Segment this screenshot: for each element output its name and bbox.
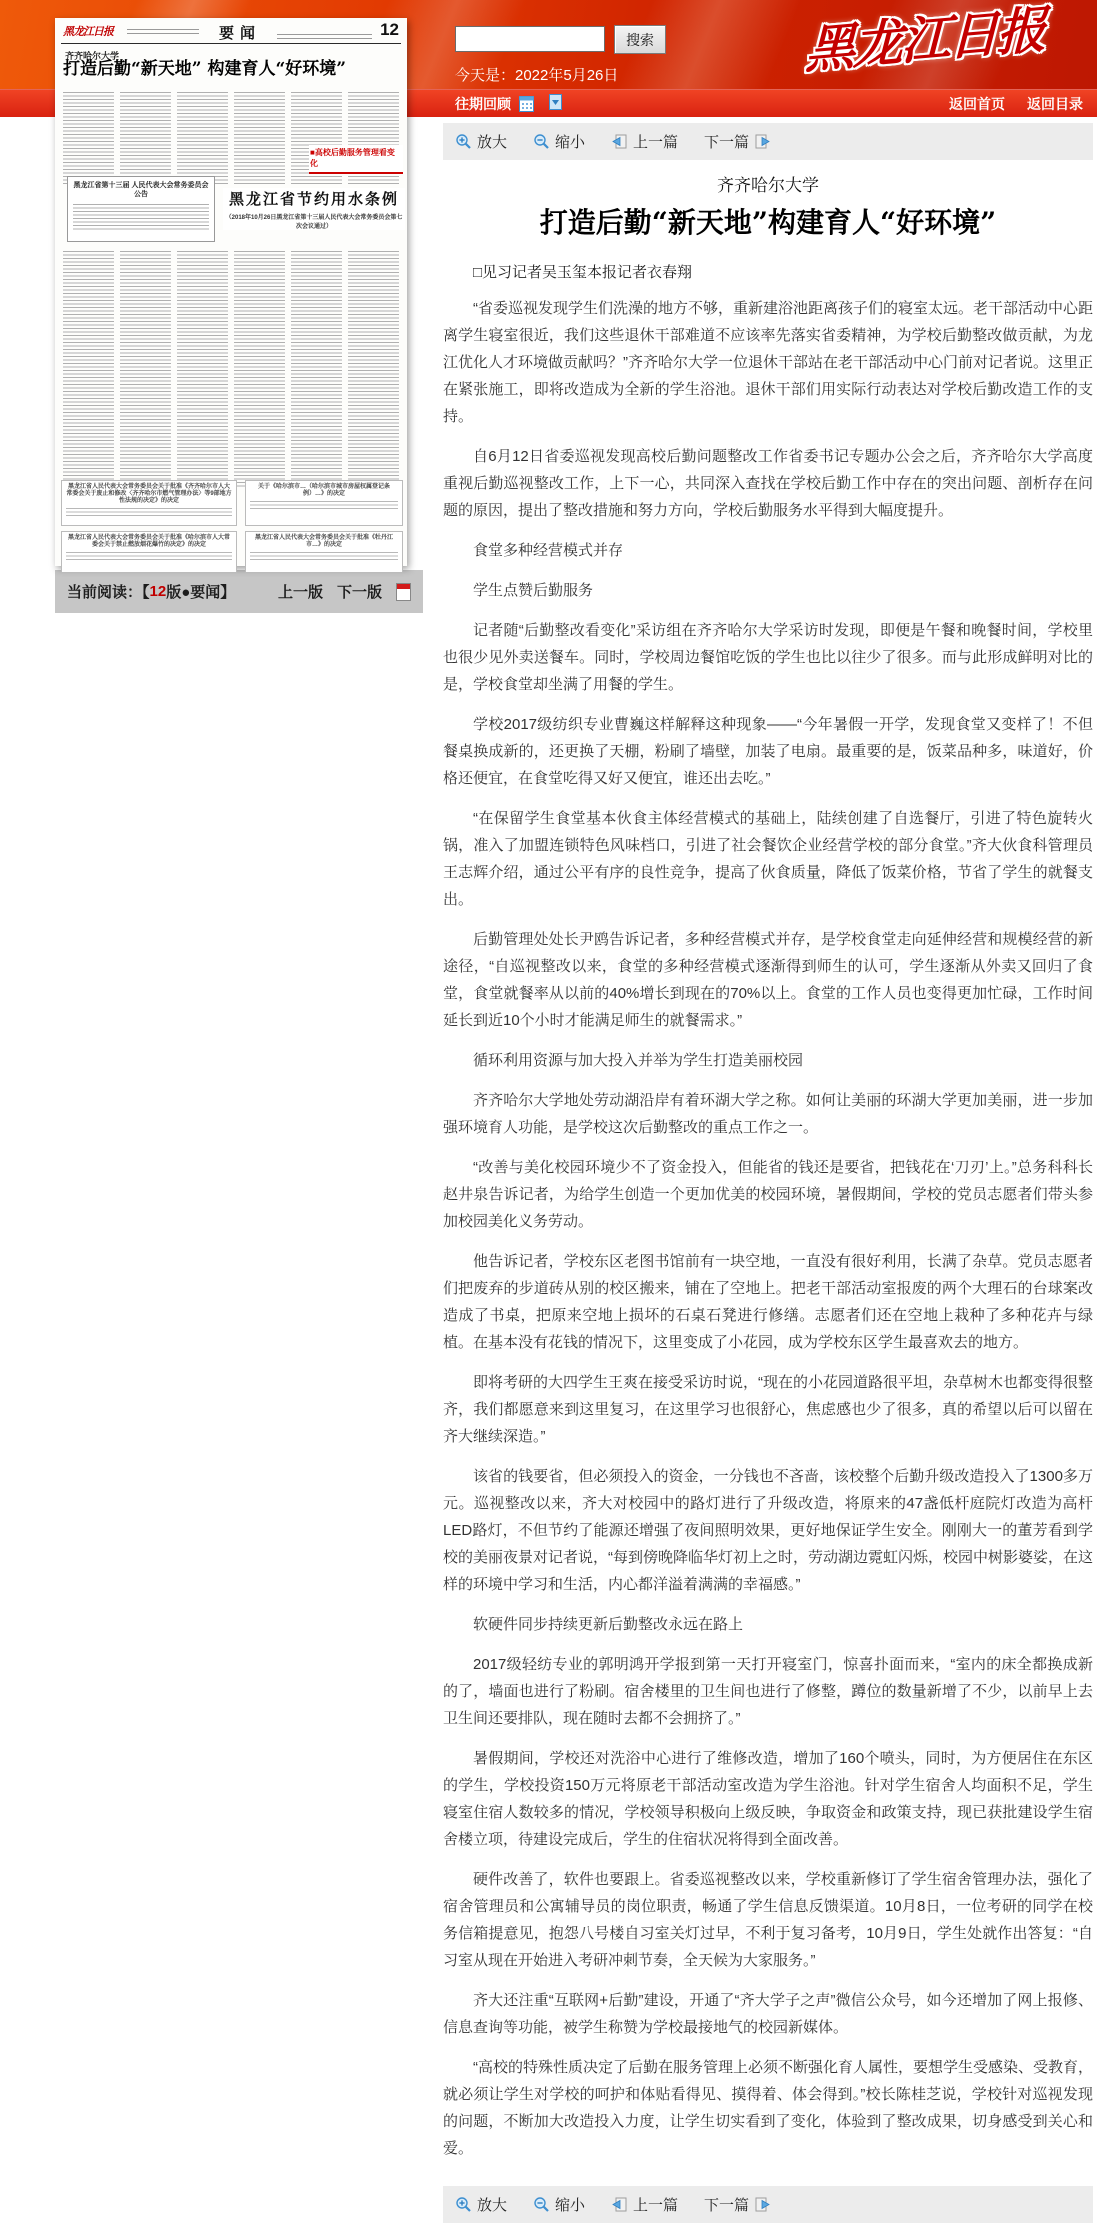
article-paragraph: 后勤管理处处长尹鸥告诉记者，多种经营模式并存，是学校食堂走向延伸经营和规模经营的… xyxy=(443,926,1093,1034)
thumb-page-number: 12 xyxy=(380,20,399,40)
newsprint-line xyxy=(66,508,232,518)
toolbar-label: 上一篇 xyxy=(633,131,678,152)
thumb-notice-box: 黑龙江省第十三届 人民代表大会常务委员会公告 xyxy=(67,176,215,242)
article-paragraph: 该省的钱要省，但必须投入的资金，一分钱也不吝啬，该校整个后勤升级改造投入了130… xyxy=(443,1463,1093,1598)
article-body: “省委巡视发现学生们洗澡的地方不够，重新建浴池距离孩子们的寝室太远。老干部活动中… xyxy=(443,295,1093,2162)
newsprint-column xyxy=(177,251,228,489)
article-column: 放大缩小上一篇下一篇 齐齐哈尔大学 打造后勤“新天地”构建育人“好环境” □见习… xyxy=(443,123,1093,2162)
toolbar-label: 放大 xyxy=(477,2194,507,2215)
newsprint-line xyxy=(66,552,232,562)
chevron-down-icon[interactable] xyxy=(549,93,562,114)
thumb-law-subtitle: （2018年10月26日黑龙江省第十三届人民代表大会常务委员会第七次会议通过） xyxy=(223,212,405,230)
article-paragraph: 自6月12日省委巡视发现高校后勤问题整改工作省委书记专题办公会之后，齐齐哈尔大学… xyxy=(443,443,1093,524)
toolbar-label: 下一篇 xyxy=(704,131,749,152)
thumb-decision-box: 黑龙江省人民代表大会常务委员会关于批准《牡丹江市…》的决定 xyxy=(245,531,403,573)
toolbar-label: 上一篇 xyxy=(633,2194,678,2215)
thumb-masthead-row: 黑龙江日报 要闻 12 xyxy=(61,22,401,44)
calendar-icon[interactable] xyxy=(519,95,541,113)
newsprint-line xyxy=(127,29,199,37)
article-paragraph: 他告诉记者，学校东区老图书馆前有一块空地，一直没有很好利用，长满了杂草。党员志愿… xyxy=(443,1248,1093,1356)
search-button[interactable]: 搜索 xyxy=(614,25,666,54)
page: 搜索 今天是：2022年5月26日 黑龙江日报 往期回顾 xyxy=(0,0,1097,2227)
newsprint-line xyxy=(73,204,209,230)
back-home-link[interactable]: 返回首页 xyxy=(949,94,1005,114)
toolbar-zoom-out-button[interactable]: 缩小 xyxy=(533,2194,585,2215)
article-paragraph: 硬件改善了，软件也要跟上。省委巡视整改以来，学校重新修订了学生宿舍管理办法，强化… xyxy=(443,1866,1093,1974)
current-section-label: 版●要闻】 xyxy=(166,581,235,602)
article-paragraph: 暑假期间，学校还对洗浴中心进行了维修改造，增加了160个喷头，同时，为方便居住在… xyxy=(443,1745,1093,1853)
article-kicker: 齐齐哈尔大学 xyxy=(443,171,1093,196)
newsprint-column xyxy=(120,92,171,184)
toolbar-next-button[interactable]: 下一篇 xyxy=(704,131,771,152)
newspaper-logo: 黑龙江日报 xyxy=(795,0,1055,84)
prev-page-button[interactable]: 上一版 xyxy=(278,581,323,602)
article-subhead: 循环利用资源与加大投入并举为学生打造美丽校园 xyxy=(443,1047,1093,1074)
newsprint-line xyxy=(250,552,398,562)
article-toolbar-top: 放大缩小上一篇下一篇 xyxy=(443,123,1093,160)
toolbar-prev-button[interactable]: 上一篇 xyxy=(611,131,678,152)
newspaper-page-thumbnail[interactable]: 黑龙江日报 要闻 12 齐齐哈尔大学 打造后勤“新天地” 构建育人“好环境” ■… xyxy=(55,18,407,566)
newsprint-column xyxy=(234,92,285,184)
article-subhead: 食堂多种经营模式并存 xyxy=(443,537,1093,564)
article-paragraph: “省委巡视发现学生们洗澡的地方不够，重新建浴池距离孩子们的寝室太远。老干部活动中… xyxy=(443,295,1093,430)
article-subhead: 软硬件同步持续更新后勤整改永远在路上 xyxy=(443,1611,1093,1638)
today-date: 今天是：2022年5月26日 xyxy=(455,64,618,85)
thumb-article-headline: 打造后勤“新天地” 构建育人“好环境” xyxy=(63,59,401,79)
pdf-icon[interactable] xyxy=(396,583,411,601)
article-paragraph: 齐大还注重“互联网+后勤”建设，开通了“齐大学子之声”微信公众号，如今还增加了网… xyxy=(443,1987,1093,2041)
article-paragraph: “改善与美化校园环境少不了资金投入，但能省的钱还是要省，把钱花在‘刀刃’上。”总… xyxy=(443,1154,1093,1235)
newsprint-column xyxy=(63,92,114,184)
search-input[interactable] xyxy=(455,26,605,52)
newsprint-line xyxy=(250,501,398,511)
toolbar-zoom-out-button[interactable]: 缩小 xyxy=(533,131,585,152)
current-reading-bar: 当前阅读：【12版●要闻】 上一版 下一版 xyxy=(55,570,423,613)
zoom-out-icon xyxy=(533,2196,550,2213)
toolbar-label: 放大 xyxy=(477,131,507,152)
zoom-in-icon xyxy=(455,2196,472,2213)
toolbar-zoom-in-button[interactable]: 放大 xyxy=(455,131,507,152)
newsprint-column xyxy=(348,251,399,489)
next-article-icon xyxy=(754,2196,771,2213)
current-reading-label: 当前阅读：【 xyxy=(67,581,150,602)
toolbar-label: 缩小 xyxy=(555,131,585,152)
thumb-decision-box: 关于《哈尔滨市…（哈尔滨市城市房屋权属登记条例）…》的决定 xyxy=(245,480,403,526)
newsprint-columns xyxy=(63,251,399,489)
article-paragraph: 记者随“后勤整改看变化”采访组在齐齐哈尔大学采访时发现，即便是午餐和晚餐时间，学… xyxy=(443,617,1093,698)
past-issues-label[interactable]: 往期回顾 xyxy=(455,94,511,114)
current-page-number: 12 xyxy=(150,583,167,600)
thumb-law-block: 黑龙江省节约用水条例 （2018年10月26日黑龙江省第十三届人民代表大会常务委… xyxy=(223,188,405,230)
thumb-column-label: ■高校后勤服务管理看变化 xyxy=(309,145,403,174)
toolbar-next-button[interactable]: 下一篇 xyxy=(704,2194,771,2215)
thumb-decision-box: 黑龙江省人民代表大会常务委员会关于批准《齐齐哈尔市人大常委会关于废止和修改〈齐齐… xyxy=(61,480,237,526)
article-paragraph: 学校2017级纺织专业曹巍这样解释这种现象——“今年暑假一开学，发现食堂又变样了… xyxy=(443,711,1093,792)
article-paragraph: 2017级轻纺专业的郭明鸿开学报到第一天打开寝室门，惊喜扑面而来，“室内的床全都… xyxy=(443,1651,1093,1732)
prev-article-icon xyxy=(611,2196,628,2213)
toolbar-label: 缩小 xyxy=(555,2194,585,2215)
article-subhead: 学生点赞后勤服务 xyxy=(443,577,1093,604)
article-paragraph: 齐齐哈尔大学地处劳动湖沿岸有着环湖大学之称。如何让美丽的环湖大学更加美丽，进一步… xyxy=(443,1087,1093,1141)
newsprint-column xyxy=(234,251,285,489)
article-paragraph: 即将考研的大四学生王爽在接受采访时说，“现在的小花园道路很平坦，杂草树木也都变得… xyxy=(443,1369,1093,1450)
article-paragraph: “高校的特殊性质决定了后勤在服务管理上必须不断强化育人属性，要想学生受感染、受教… xyxy=(443,2054,1093,2162)
toolbar-zoom-in-button[interactable]: 放大 xyxy=(455,2194,507,2215)
thumb-section-name: 要闻 xyxy=(219,22,261,43)
next-article-icon xyxy=(754,133,771,150)
thumb-notice-title: 黑龙江省第十三届 人民代表大会常务委员会公告 xyxy=(73,181,209,199)
prev-article-icon xyxy=(611,133,628,150)
newsprint-line xyxy=(277,34,372,39)
toolbar-label: 下一篇 xyxy=(704,2194,749,2215)
article-byline: □见习记者吴玉玺本报记者衣春翔 xyxy=(443,261,1093,282)
zoom-out-icon xyxy=(533,133,550,150)
back-toc-link[interactable]: 返回目录 xyxy=(1027,94,1083,114)
article-paragraph: “在保留学生食堂基本伙食主体经营模式的基础上，陆续创建了自选餐厅，引进了特色旋转… xyxy=(443,805,1093,913)
thumb-decision-box: 黑龙江省人民代表大会常务委员会关于批准《哈尔滨市人大常委会关于禁止燃放烟花爆竹的… xyxy=(61,531,237,573)
next-page-button[interactable]: 下一版 xyxy=(337,581,382,602)
newsprint-column xyxy=(63,251,114,489)
article-title: 打造后勤“新天地”构建育人“好环境” xyxy=(443,201,1093,241)
thumb-masthead: 黑龙江日报 xyxy=(63,23,113,39)
newsprint-column xyxy=(291,251,342,489)
thumb-law-headline: 黑龙江省节约用水条例 xyxy=(223,188,405,209)
toolbar-prev-button[interactable]: 上一篇 xyxy=(611,2194,678,2215)
newsprint-column xyxy=(120,251,171,489)
newsprint-column xyxy=(177,92,228,184)
zoom-in-icon xyxy=(455,133,472,150)
article-toolbar-bottom: 放大缩小上一篇下一篇 xyxy=(443,2186,1093,2223)
